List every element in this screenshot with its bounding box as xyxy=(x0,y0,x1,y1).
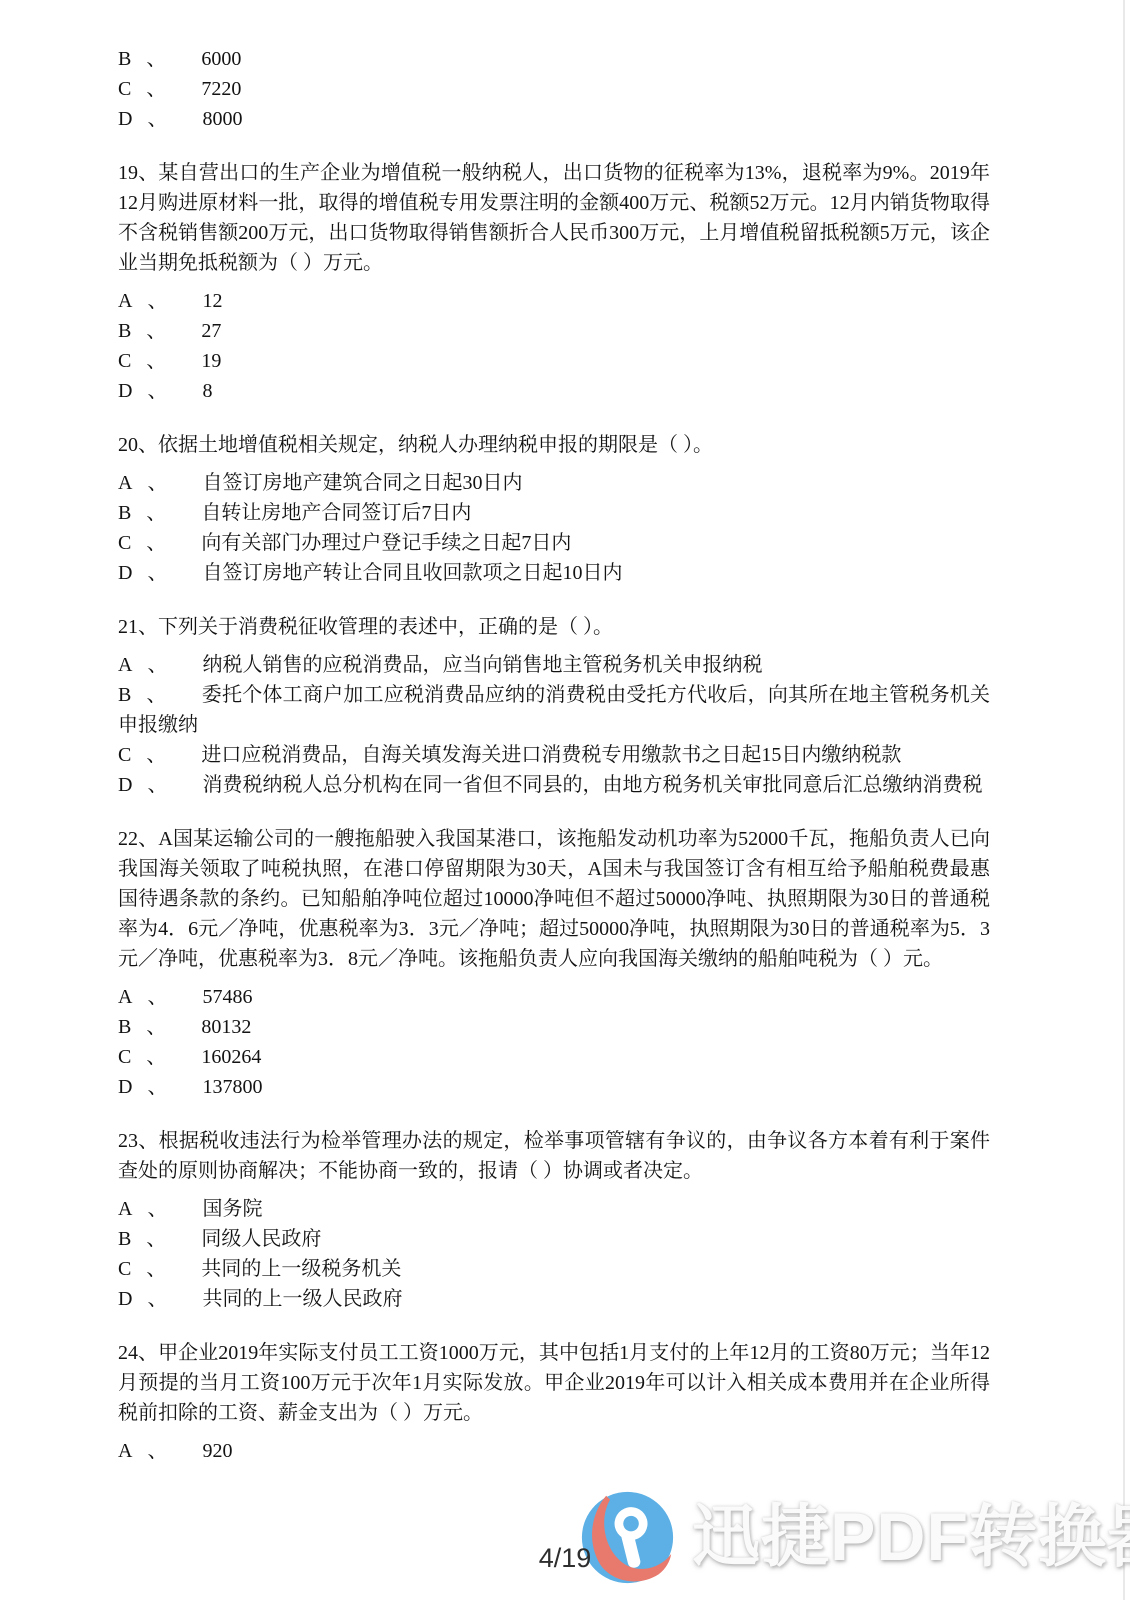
option-row: A、自签订房地产建筑合同之日起30日内 xyxy=(118,468,990,498)
option-text: 920 xyxy=(202,1440,232,1462)
option-text: 自转让房地产合同签订后7日内 xyxy=(201,502,471,524)
option-label: B、 xyxy=(118,1016,181,1038)
option-text: 向有关部门办理过户登记手续之日起7日内 xyxy=(201,532,571,554)
option-row: A、920 xyxy=(118,1436,990,1466)
question-block: 21、下列关于消费税征收管理的表述中，正确的是（ ）。A、纳税人销售的应税消费品… xyxy=(118,612,990,800)
option-label: B、 xyxy=(118,320,181,342)
option-label: A、 xyxy=(118,472,182,494)
option-label: A、 xyxy=(118,986,182,1008)
option-row: D、137800 xyxy=(118,1072,990,1102)
option-row: C、160264 xyxy=(118,1042,990,1072)
option-row: C、进口应税消费品，自海关填发海关进口消费税专用缴款书之日起15日内缴纳税款 xyxy=(118,740,990,770)
option-label: C、 xyxy=(118,744,181,766)
option-text: 自签订房地产转让合同且收回款项之日起10日内 xyxy=(202,562,622,584)
option-row: C、共同的上一级税务机关 xyxy=(118,1254,990,1284)
option-label: A、 xyxy=(118,1198,182,1220)
option-text: 8000 xyxy=(202,108,242,130)
option-label: C、 xyxy=(118,1046,181,1068)
option-row: A、57486 xyxy=(118,982,990,1012)
option-label: C、 xyxy=(118,532,181,554)
option-row: A、12 xyxy=(118,286,990,316)
option-label: D、 xyxy=(118,562,182,584)
option-text: 12 xyxy=(202,290,222,312)
option-text: 80132 xyxy=(201,1016,251,1038)
question-block: 19、某自营出口的生产企业为增值税一般纳税人，出口货物的征税率为13%，退税率为… xyxy=(118,158,990,406)
option-row: B、委托个体工商户加工应税消费品应纳的消费税由受托方代收后，向其所在地主管税务机… xyxy=(118,680,990,740)
document-page: B、6000C、7220D、8000 19、某自营出口的生产企业为增值税一般纳税… xyxy=(0,0,1130,1600)
option-label: D、 xyxy=(118,1288,182,1310)
option-label: A、 xyxy=(118,290,182,312)
option-text: 共同的上一级人民政府 xyxy=(202,1288,402,1310)
option-row: B、80132 xyxy=(118,1012,990,1042)
option-label: C、 xyxy=(118,78,181,100)
option-text: 纳税人销售的应税消费品，应当向销售地主管税务机关申报纳税 xyxy=(202,654,762,676)
option-text: 共同的上一级税务机关 xyxy=(201,1258,401,1280)
option-text: 进口应税消费品，自海关填发海关进口消费税专用缴款书之日起15日内缴纳税款 xyxy=(201,744,901,766)
question-stem: 19、某自营出口的生产企业为增值税一般纳税人，出口货物的征税率为13%，退税率为… xyxy=(118,158,990,278)
option-row: C、向有关部门办理过户登记手续之日起7日内 xyxy=(118,528,990,558)
options-list: A、57486B、80132C、160264D、137800 xyxy=(118,982,990,1102)
option-text: 7220 xyxy=(201,78,241,100)
option-text: 委托个体工商户加工应税消费品应纳的消费税由受托方代收后，向其所在地主管税务机关申… xyxy=(118,684,990,736)
option-text: 国务院 xyxy=(202,1198,262,1220)
option-text: 160264 xyxy=(201,1046,261,1068)
option-text: 6000 xyxy=(201,48,241,70)
option-row: B、自转让房地产合同签订后7日内 xyxy=(118,498,990,528)
options-list: A、自签订房地产建筑合同之日起30日内B、自转让房地产合同签订后7日内C、向有关… xyxy=(118,468,990,588)
option-text: 27 xyxy=(201,320,221,342)
exam-content: B、6000C、7220D、8000 19、某自营出口的生产企业为增值税一般纳税… xyxy=(118,44,990,1466)
option-text: 19 xyxy=(201,350,221,372)
question-block: 23、根据税收违法行为检举管理办法的规定，检举事项管辖有争议的，由争议各方本着有… xyxy=(118,1126,990,1314)
option-label: B、 xyxy=(118,48,181,70)
question-stem: 24、甲企业2019年实际支付员工工资1000万元，其中包括1月支付的上年12月… xyxy=(118,1338,990,1428)
option-label: D、 xyxy=(118,108,182,130)
option-row: D、消费税纳税人总分机构在同一省但不同县的，由地方税务机关审批同意后汇总缴纳消费… xyxy=(118,770,990,800)
option-row: A、纳税人销售的应税消费品，应当向销售地主管税务机关申报纳税 xyxy=(118,650,990,680)
option-label: C、 xyxy=(118,1258,181,1280)
options-list: A、纳税人销售的应税消费品，应当向销售地主管税务机关申报纳税B、委托个体工商户加… xyxy=(118,650,990,800)
option-label: A、 xyxy=(118,1440,182,1462)
page-edge-line xyxy=(1123,0,1125,1600)
options-list: A、国务院B、同级人民政府C、共同的上一级税务机关D、共同的上一级人民政府 xyxy=(118,1194,990,1314)
option-label: B、 xyxy=(118,502,181,524)
option-row: C、7220 xyxy=(118,74,990,104)
option-label: D、 xyxy=(118,774,182,796)
option-row: D、8000 xyxy=(118,104,990,134)
option-label: B、 xyxy=(118,684,182,706)
continued-options-list: B、6000C、7220D、8000 xyxy=(118,44,990,134)
question-block: 22、A国某运输公司的一艘拖船驶入我国某港口，该拖船发动机功率为52000千瓦，… xyxy=(118,824,990,1102)
option-label: C、 xyxy=(118,350,181,372)
option-row: D、8 xyxy=(118,376,990,406)
option-row: B、27 xyxy=(118,316,990,346)
option-text: 137800 xyxy=(202,1076,262,1098)
option-text: 8 xyxy=(202,380,212,402)
option-text: 消费税纳税人总分机构在同一省但不同县的，由地方税务机关审批同意后汇总缴纳消费税 xyxy=(202,774,982,796)
option-text: 自签订房地产建筑合同之日起30日内 xyxy=(202,472,522,494)
questions-list: 19、某自营出口的生产企业为增值税一般纳税人，出口货物的征税率为13%，退税率为… xyxy=(118,158,990,1466)
option-label: A、 xyxy=(118,654,182,676)
option-row: D、共同的上一级人民政府 xyxy=(118,1284,990,1314)
option-label: D、 xyxy=(118,1076,182,1098)
question-stem: 20、依据土地增值税相关规定，纳税人办理纳税申报的期限是（ ）。 xyxy=(118,430,990,460)
option-label: D、 xyxy=(118,380,182,402)
option-row: A、国务院 xyxy=(118,1194,990,1224)
option-text: 同级人民政府 xyxy=(201,1228,321,1250)
option-label: B、 xyxy=(118,1228,181,1250)
question-stem: 22、A国某运输公司的一艘拖船驶入我国某港口，该拖船发动机功率为52000千瓦，… xyxy=(118,824,990,974)
question-block: 20、依据土地增值税相关规定，纳税人办理纳税申报的期限是（ ）。A、自签订房地产… xyxy=(118,430,990,588)
options-list: A、920 xyxy=(118,1436,990,1466)
question-stem: 23、根据税收违法行为检举管理办法的规定，检举事项管辖有争议的，由争议各方本着有… xyxy=(118,1126,990,1186)
options-list: A、12B、27C、19D、8 xyxy=(118,286,990,406)
option-row: C、19 xyxy=(118,346,990,376)
option-text: 57486 xyxy=(202,986,252,1008)
question-stem: 21、下列关于消费税征收管理的表述中，正确的是（ ）。 xyxy=(118,612,990,642)
page-number: 4/19 xyxy=(0,1543,1130,1574)
option-row: B、同级人民政府 xyxy=(118,1224,990,1254)
option-row: B、6000 xyxy=(118,44,990,74)
question-block: 24、甲企业2019年实际支付员工工资1000万元，其中包括1月支付的上年12月… xyxy=(118,1338,990,1466)
option-row: D、自签订房地产转让合同且收回款项之日起10日内 xyxy=(118,558,990,588)
